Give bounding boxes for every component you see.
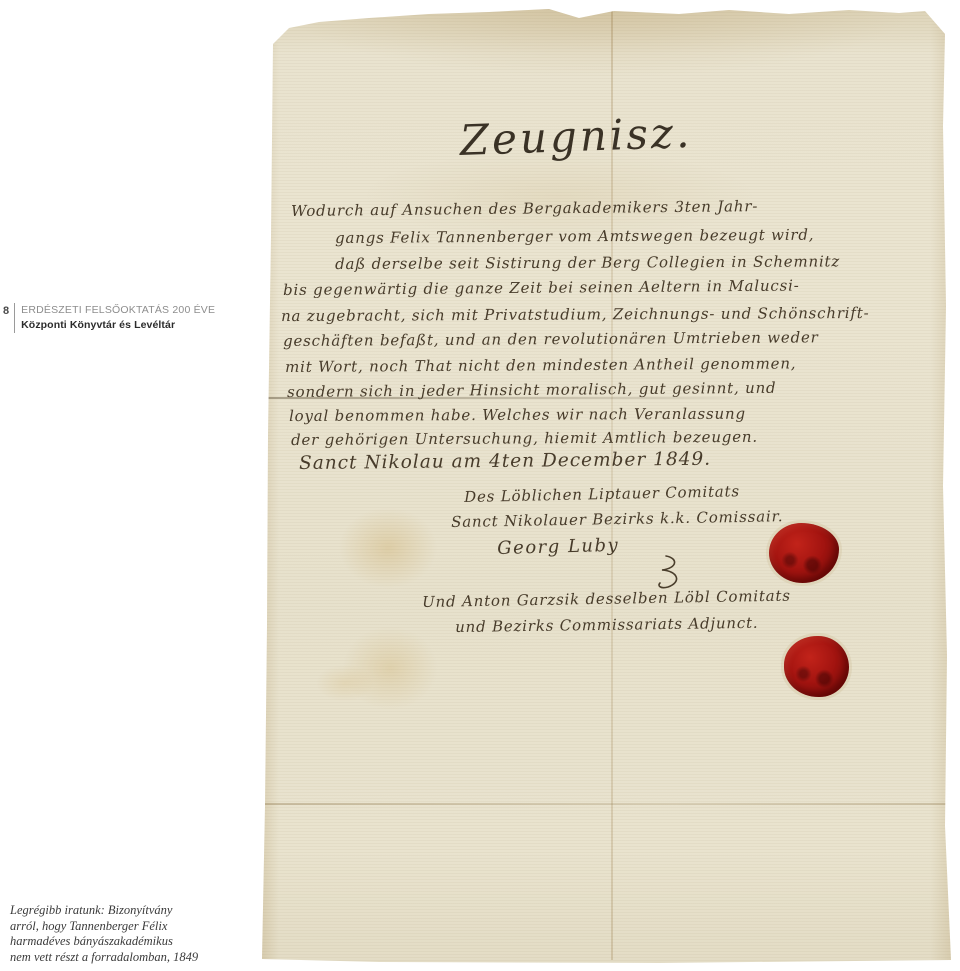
header-series-title: ERDÉSZETI FELSŐOKTATÁS 200 ÉVE xyxy=(21,303,215,318)
running-header: 8 ERDÉSZETI FELSŐOKTATÁS 200 ÉVE Központ… xyxy=(3,303,215,333)
caption-line: nem vett részt a forradalomban, 1849 xyxy=(10,950,198,966)
header-text-block: ERDÉSZETI FELSŐOKTATÁS 200 ÉVE Központi … xyxy=(14,303,215,333)
wax-seal-upper xyxy=(769,523,839,583)
manuscript-line: geschäften befaßt, und an den revolution… xyxy=(283,328,819,350)
page-number: 8 xyxy=(3,303,14,333)
caption-line: Legrégibb iratunk: Bizonyítvány xyxy=(10,903,198,919)
fold-crease-horizontal-2 xyxy=(261,803,949,805)
caption-line: harmadéves bányászakadémikus xyxy=(10,934,198,950)
signature-line: Und Anton Garzsik desselben Löbl Comitat… xyxy=(422,587,791,611)
manuscript-line: daß derselbe seit Sistirung der Berg Col… xyxy=(335,252,840,273)
manuscript-photo: Zeugnisz. Wodurch auf Ansuchen des Berga… xyxy=(259,6,956,964)
photo-caption: Legrégibb iratunk: Bizonyítvány arról, h… xyxy=(10,903,198,965)
book-page: 8 ERDÉSZETI FELSŐOKTATÁS 200 ÉVE Központ… xyxy=(0,0,960,971)
manuscript-line: gangs Felix Tannenberger vom Amtswegen b… xyxy=(335,226,814,247)
manuscript-line: loyal benommen habe. Welches wir nach Ve… xyxy=(289,405,746,425)
wax-seal-lower xyxy=(784,636,849,697)
signature-name: Georg Luby xyxy=(497,535,619,559)
manuscript-line: mit Wort, noch That nicht den mindesten … xyxy=(285,354,796,376)
manuscript-line: Wodurch auf Ansuchen des Bergakademikers… xyxy=(291,197,758,220)
manuscript-line: bis gegenwärtig die ganze Zeit bei seine… xyxy=(283,276,800,299)
caption-line: arról, hogy Tannenberger Félix xyxy=(10,919,198,935)
signature-line: Des Löblichen Liptauer Comitats xyxy=(464,482,740,506)
manuscript-line: der gehörigen Untersuchung, hiemit Amtli… xyxy=(291,428,758,449)
manuscript-title: Zeugnisz. xyxy=(459,108,693,165)
signature-line: und Bezirks Commissariats Adjunct. xyxy=(455,614,759,636)
header-section-title: Központi Könyvtár és Levéltár xyxy=(21,318,215,333)
manuscript-date-line: Sanct Nikolau am 4ten December 1849. xyxy=(299,449,711,474)
signature-line: Sanct Nikolauer Bezirks k.k. Comissair. xyxy=(451,507,784,531)
manuscript-paper: Zeugnisz. Wodurch auf Ansuchen des Berga… xyxy=(259,6,956,964)
manuscript-line: na zugebracht, sich mit Privatstudium, Z… xyxy=(281,304,869,325)
